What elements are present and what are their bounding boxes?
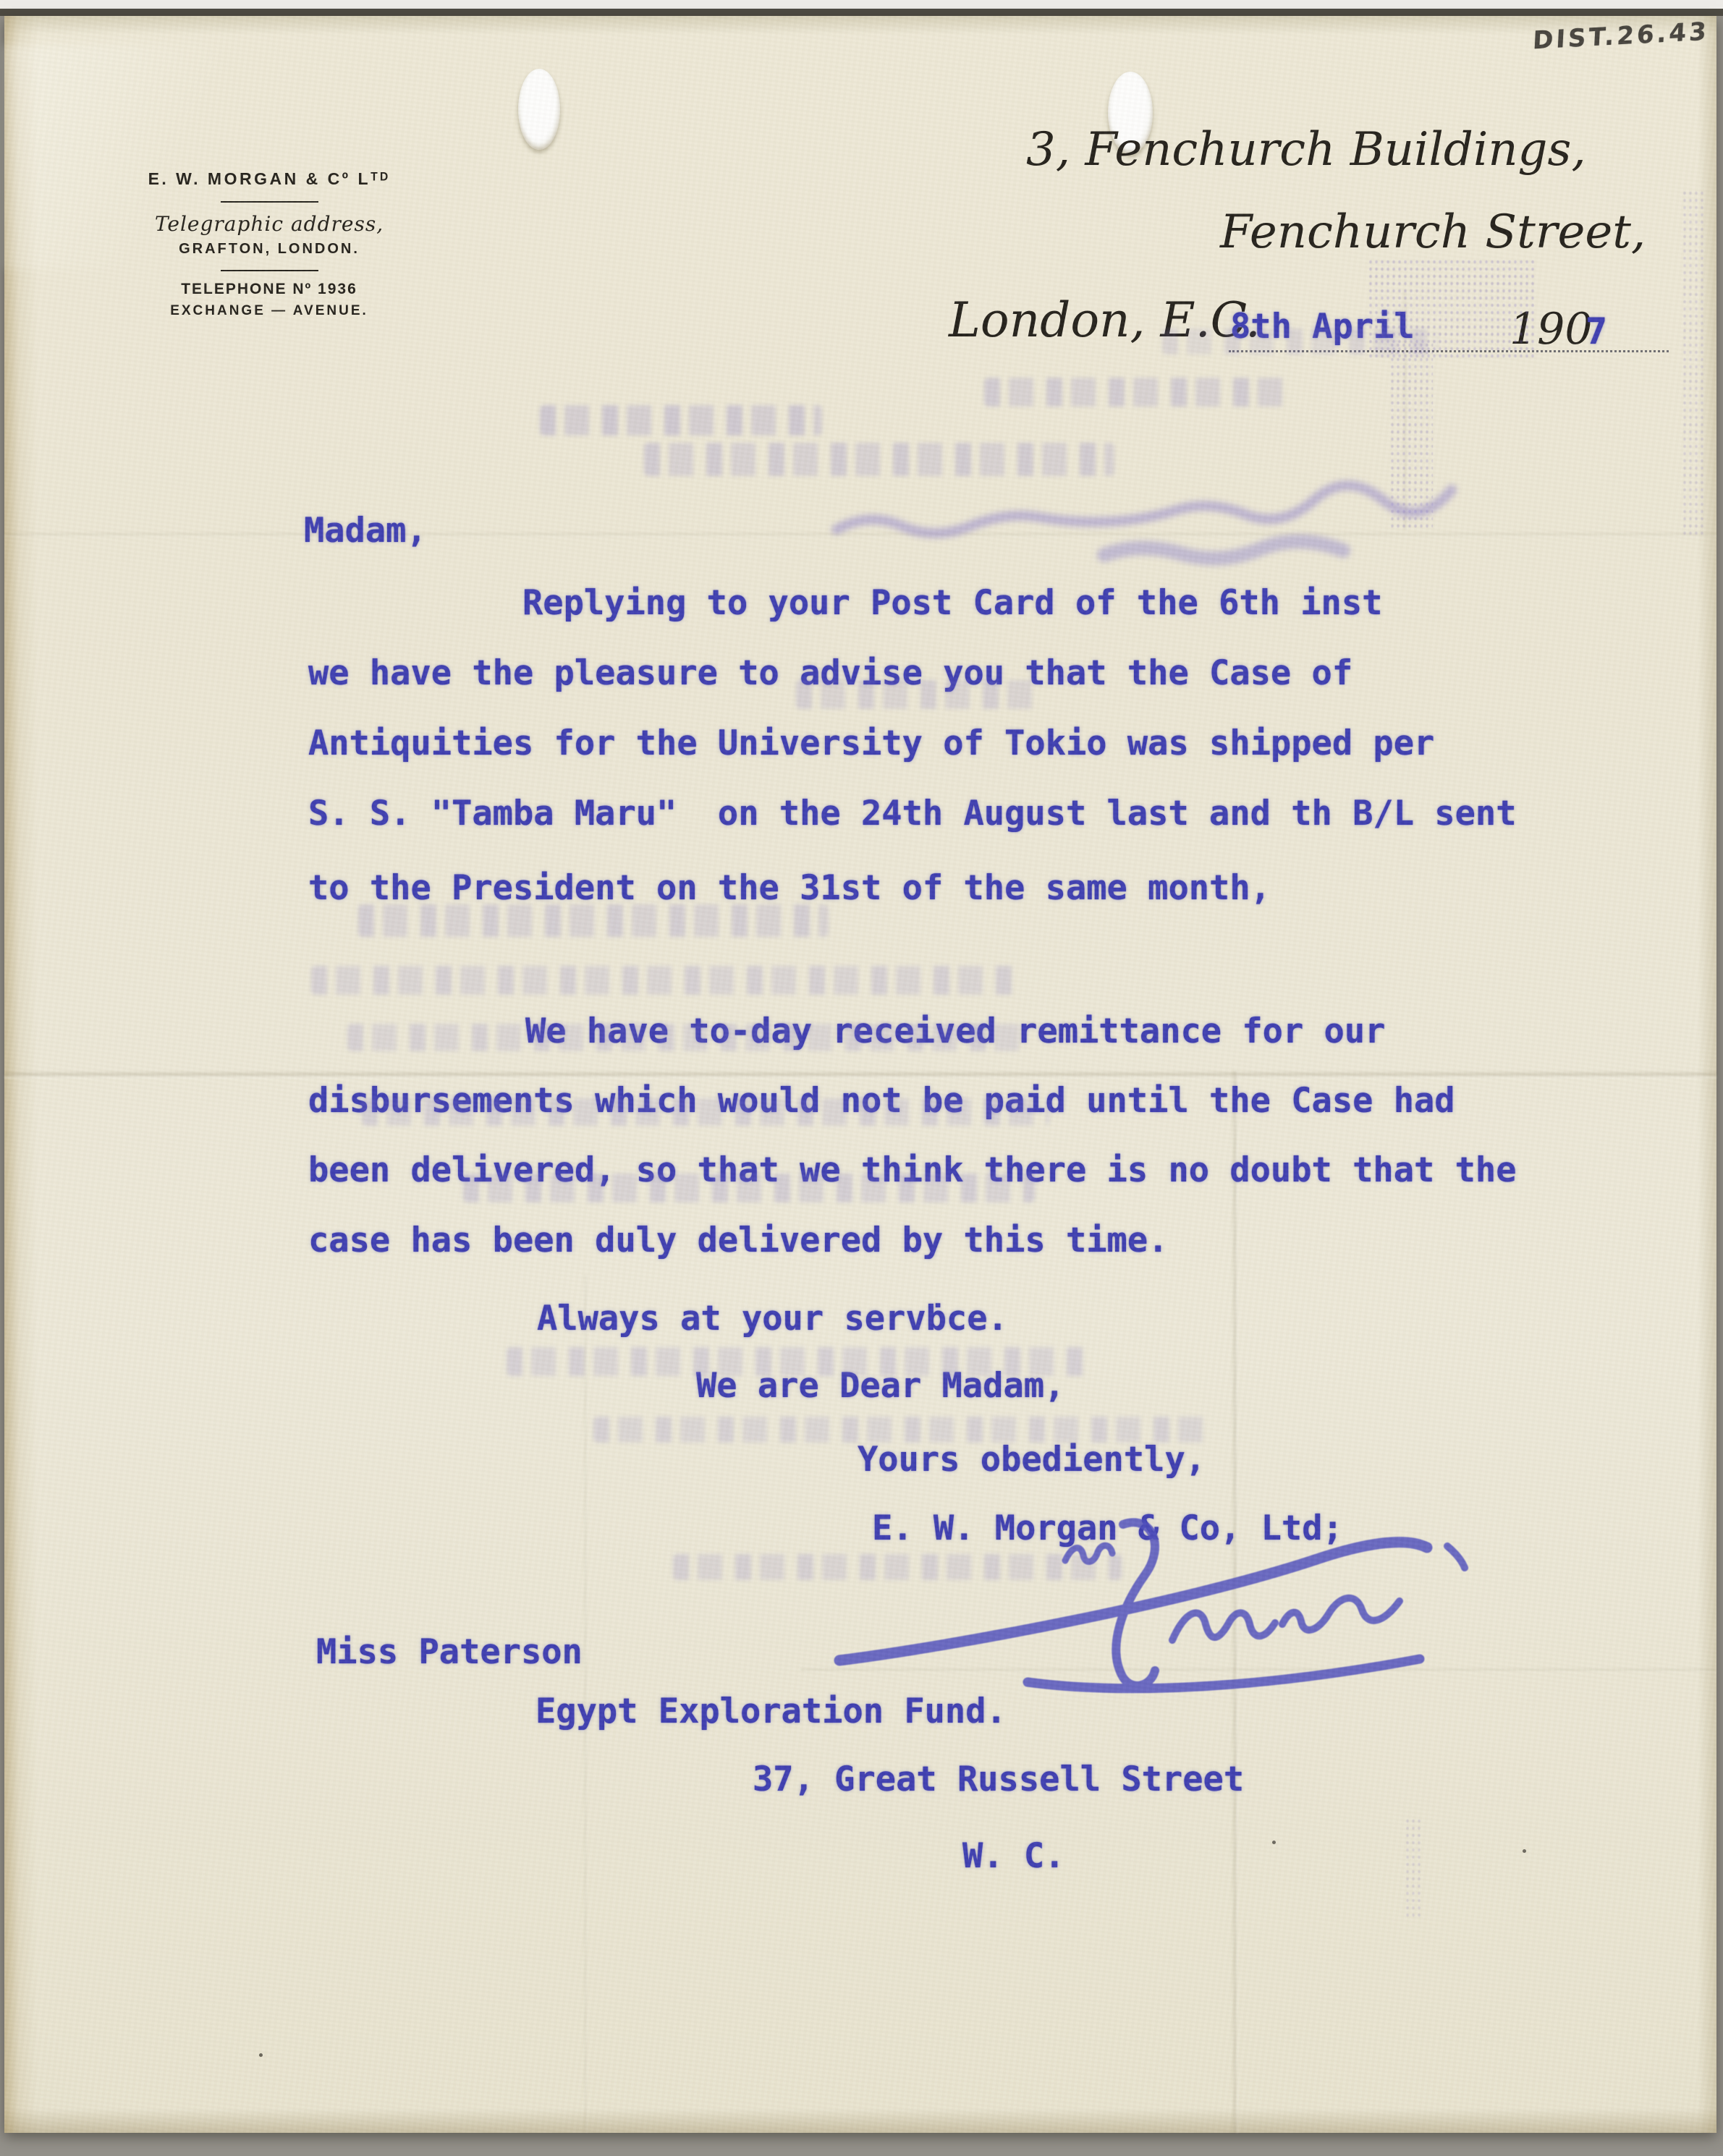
letterhead-address-line1: 3, Fenchurch Buildings, <box>1026 123 1586 177</box>
telegraphic-address-label: Telegraphic address, <box>111 212 427 236</box>
ink-transfer-smudge <box>829 479 1553 595</box>
recipient-organisation: Egypt Exploration Fund. <box>535 1692 1007 1732</box>
body-line: case has been duly delivered by this tim… <box>308 1221 1168 1261</box>
telegraphic-address-value: GRAFTON, LONDON. <box>111 241 427 258</box>
bleed-through-smudge <box>796 680 1035 709</box>
handwritten-signature <box>810 1516 1505 1689</box>
paper-speck <box>259 2053 263 2057</box>
punch-hole <box>518 69 560 150</box>
bleed-through-smudge <box>362 1098 1049 1126</box>
bleed-through-smudge <box>463 1174 1035 1202</box>
closing-line: Yours obediently, <box>858 1440 1206 1480</box>
letterhead-left-block: E. W. MORGAN & Cº Lᵀᴰ Telegraphic addres… <box>111 169 427 319</box>
letterhead-divider <box>221 201 318 203</box>
bleed-through-smudge <box>644 443 1114 476</box>
bleed-through-smudge <box>347 1024 1020 1051</box>
bleed-through-smudge <box>593 1417 1216 1443</box>
archival-reference-annotation: DIST.26.43 <box>1532 17 1710 56</box>
salutation: Madam, <box>304 511 427 551</box>
ink-speckle-patch <box>1682 190 1703 537</box>
telephone-exchange: EXCHANGE — AVENUE. <box>111 303 427 319</box>
letterhead-address-line2: Fenchurch Street, <box>1220 205 1646 259</box>
body-line: Antiquities for the University of Tokio … <box>308 723 1434 764</box>
fold-crease <box>4 1071 1716 1079</box>
recipient-district: W. C. <box>962 1836 1064 1877</box>
company-name: E. W. MORGAN & Cº Lᵀᴰ <box>111 169 427 189</box>
closing-line: Always at your servḃce. <box>537 1299 1008 1339</box>
scanner-edge-strip <box>0 0 1723 9</box>
ink-speckle-patch <box>1389 341 1433 530</box>
body-line: S. S. "Tamba Maru" on the 24th August la… <box>308 794 1517 834</box>
scanned-letter: DIST.26.43 E. W. MORGAN & Cº Lᵀᴰ Telegra… <box>0 0 1723 2156</box>
bleed-through-smudge <box>540 405 822 436</box>
paper-speck <box>1272 1841 1276 1844</box>
bleed-through-smudge <box>984 378 1295 407</box>
recipient-name: Miss Paterson <box>316 1632 583 1673</box>
body-line: to the President on the 31st of the same… <box>308 868 1271 909</box>
paper-speck <box>1523 1849 1526 1853</box>
scanner-edge-shadow <box>0 9 1723 16</box>
bleed-through-smudge <box>673 1554 1122 1580</box>
letterhead-divider <box>221 270 318 271</box>
ink-speckle-patch <box>1405 1817 1423 1919</box>
bleed-through-smudge <box>358 904 829 937</box>
bleed-through-smudge <box>507 1347 1085 1376</box>
letter-paper: DIST.26.43 E. W. MORGAN & Cº Lᵀᴰ Telegra… <box>4 16 1716 2133</box>
recipient-street: 37, Great Russell Street <box>753 1760 1244 1800</box>
bleed-through-smudge <box>311 966 1020 995</box>
telephone-number: TELEPHONE Nº 1936 <box>111 281 427 298</box>
